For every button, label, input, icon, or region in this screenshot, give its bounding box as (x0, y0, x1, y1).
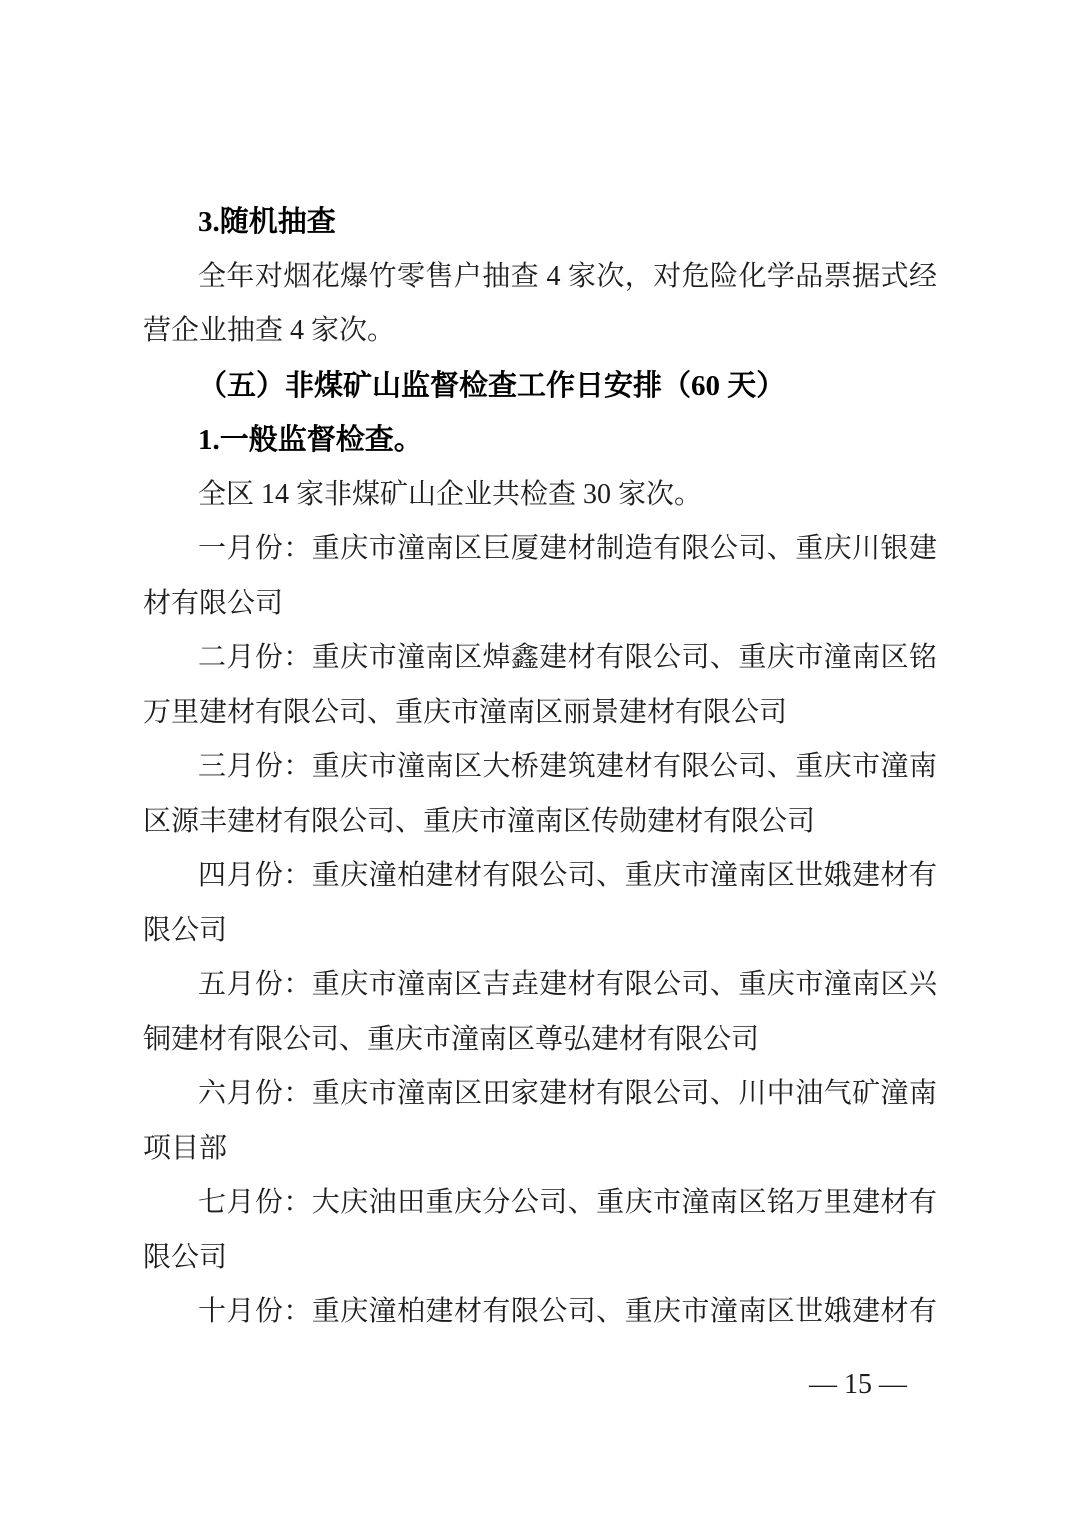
doc-line: 万里建材有限公司、重庆市潼南区丽景建材有限公司 (143, 686, 937, 741)
doc-line: 项目部 (143, 1122, 937, 1177)
doc-line: 材有限公司 (143, 577, 937, 632)
doc-line: 四月份：重庆潼柏建材有限公司、重庆市潼南区世娥建材有 (143, 849, 937, 904)
doc-line: 五月份：重庆市潼南区吉垚建材有限公司、重庆市潼南区兴 (143, 958, 937, 1013)
doc-line: 全年对烟花爆竹零售户抽查 4 家次，对危险化学品票据式经 (143, 250, 937, 305)
doc-line: 一月份：重庆市潼南区巨厦建材制造有限公司、重庆川银建 (143, 522, 937, 577)
doc-line: 七月份：大庆油田重庆分公司、重庆市潼南区铭万里建材有 (143, 1176, 937, 1231)
doc-line: 铜建材有限公司、重庆市潼南区尊弘建材有限公司 (143, 1013, 937, 1068)
subsection-heading: （五）非煤矿山监督检查工作日安排（60 天） (143, 359, 937, 414)
doc-line: 六月份：重庆市潼南区田家建材有限公司、川中油气矿潼南 (143, 1067, 937, 1122)
doc-line: 限公司 (143, 1231, 937, 1286)
document-body: 3.随机抽查 全年对烟花爆竹零售户抽查 4 家次，对危险化学品票据式经 营企业抽… (143, 195, 937, 1340)
doc-line: 营企业抽查 4 家次。 (143, 304, 937, 359)
doc-line: 三月份：重庆市潼南区大桥建筑建材有限公司、重庆市潼南 (143, 740, 937, 795)
doc-line: 区源丰建材有限公司、重庆市潼南区传勋建材有限公司 (143, 795, 937, 850)
numbered-heading: 3.随机抽查 (143, 195, 937, 250)
numbered-heading: 1.一般监督检查。 (143, 413, 937, 468)
doc-line: 限公司 (143, 904, 937, 959)
doc-line: 二月份：重庆市潼南区焯鑫建材有限公司、重庆市潼南区铭 (143, 631, 937, 686)
doc-line: 十月份：重庆潼柏建材有限公司、重庆市潼南区世娥建材有 (143, 1285, 937, 1340)
document-page: 3.随机抽查 全年对烟花爆竹零售户抽查 4 家次，对危险化学品票据式经 营企业抽… (0, 0, 1074, 1520)
doc-line: 全区 14 家非煤矿山企业共检查 30 家次。 (143, 468, 937, 523)
page-number: — 15 — (0, 1368, 907, 1402)
